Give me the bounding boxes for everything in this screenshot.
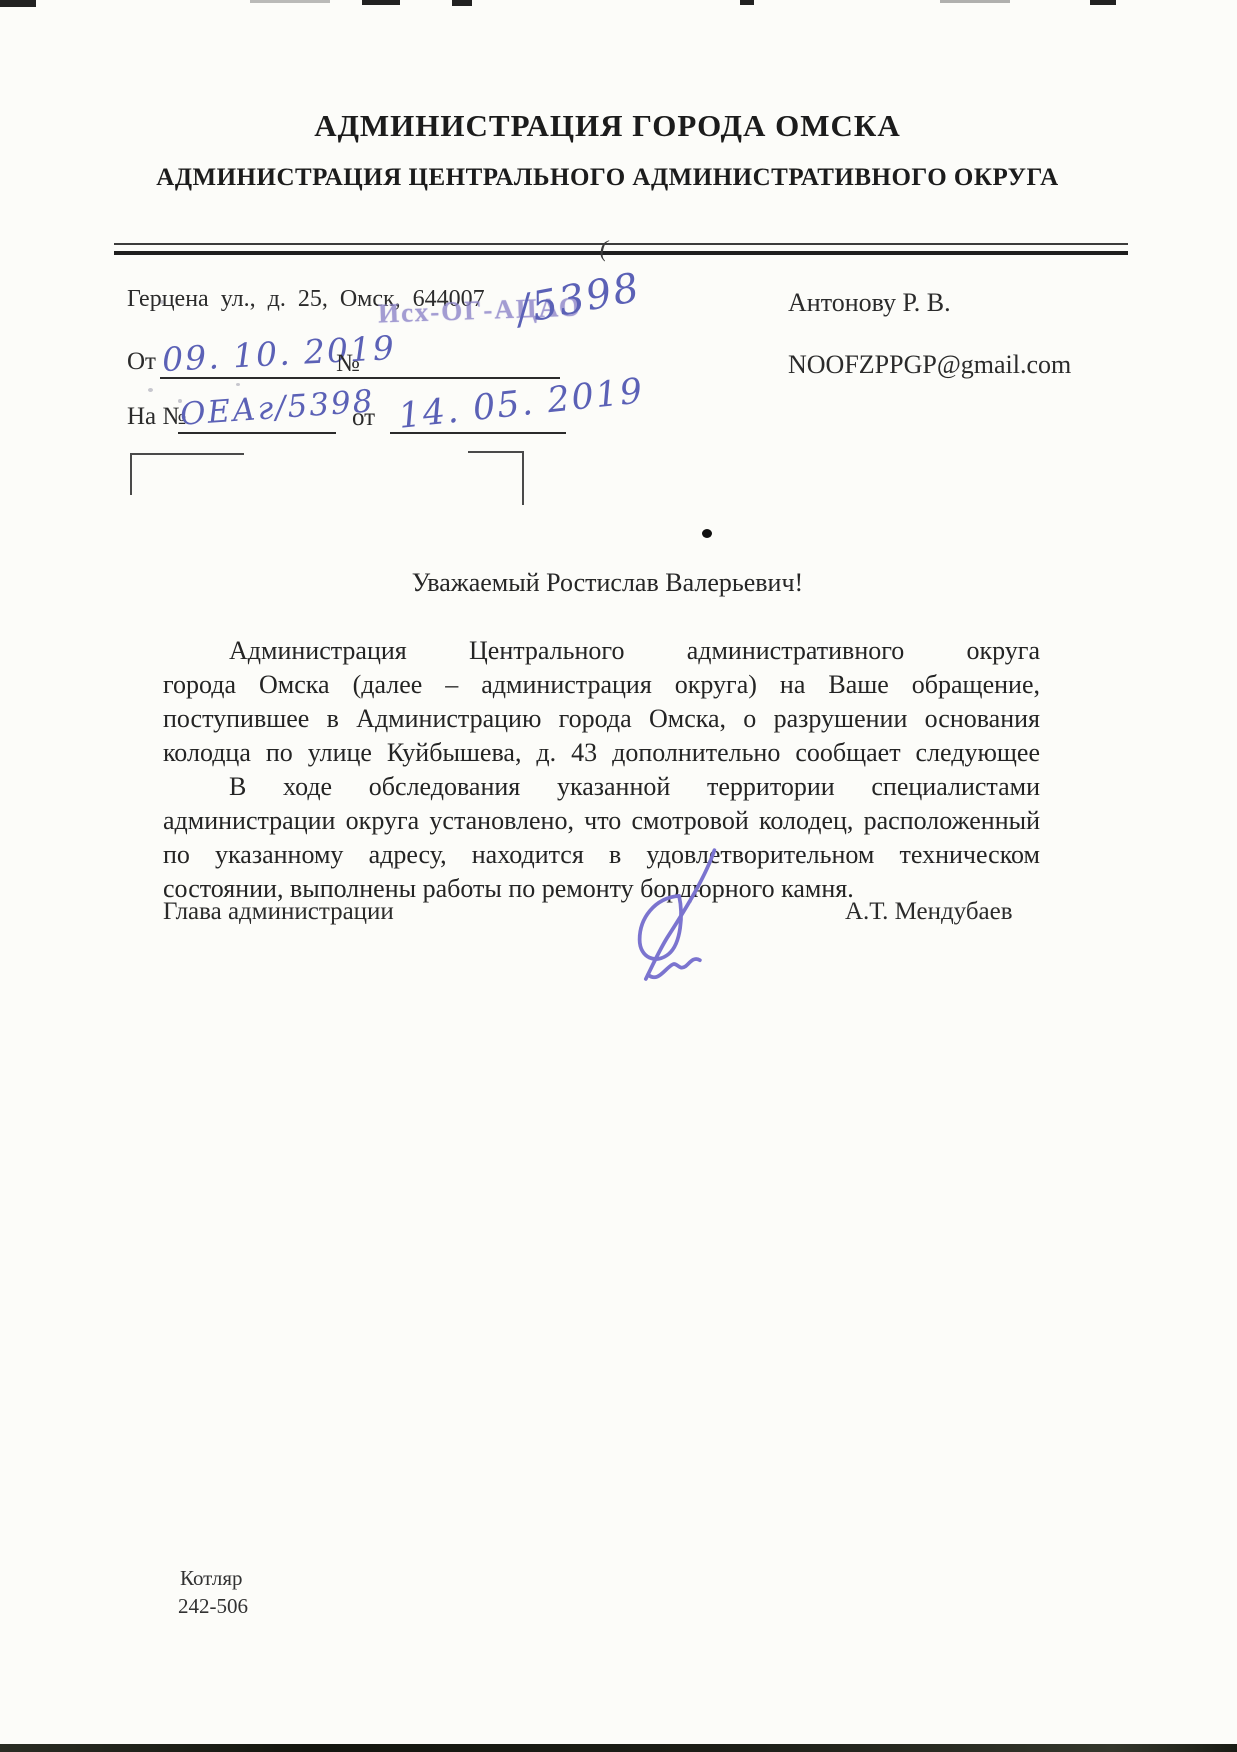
- reply-to-label: На №: [127, 403, 186, 431]
- reply-date-label: от: [352, 404, 375, 432]
- outgoing-number-handwritten: /5398: [513, 264, 645, 333]
- body-line: города Омска (далее – администрация окру…: [163, 668, 1040, 702]
- number-underline: [372, 377, 560, 379]
- executor-phone: 242-506: [178, 1594, 248, 1619]
- recipient-name: Антонову Р. В.: [788, 288, 951, 318]
- scan-artifact: [250, 0, 330, 3]
- body-line: по указанному адресу, находится в удовле…: [163, 838, 1040, 872]
- organization-subtitle: АДМИНИСТРАЦИЯ ЦЕНТРАЛЬНОГО АДМИНИСТРАТИВ…: [0, 164, 1215, 192]
- scan-artifact: [1090, 0, 1116, 5]
- handwritten-signature: [612, 846, 742, 981]
- body-line: поступившее в Администрацию города Омска…: [163, 702, 1040, 736]
- salutation: Уважаемый Ростислав Валерьевич!: [0, 568, 1215, 598]
- body-line: администрации округа установлено, что см…: [163, 804, 1040, 838]
- pencil-smudge: [160, 300, 164, 304]
- scan-artifact: [0, 0, 36, 7]
- ink-dot: [702, 529, 712, 538]
- scanned-letter-page: АДМИНИСТРАЦИЯ ГОРОДА ОМСКА АДМИНИСТРАЦИЯ…: [0, 0, 1237, 1752]
- letterhead-rule-thin: [114, 243, 1128, 245]
- scan-bottom-edge: [0, 1744, 1237, 1752]
- body-line: колодца по улице Куйбышева, д. 43 дополн…: [163, 736, 1040, 770]
- reply-date-handwritten: 14. 05. 2019: [397, 371, 646, 437]
- executor-name: Котляр: [180, 1566, 242, 1591]
- recipient-email: NOOFZPPGP@gmail.com: [788, 350, 1071, 380]
- body-line: Администрация Центрального административ…: [163, 634, 1040, 668]
- reply-number-underline: [178, 432, 336, 434]
- scan-artifact: [362, 0, 400, 5]
- pencil-smudge: [148, 388, 153, 392]
- scan-artifact: [740, 0, 754, 5]
- address-box-bracket-right: [468, 451, 524, 505]
- from-label: От: [127, 348, 156, 376]
- scan-artifact: [452, 0, 472, 6]
- scan-artifact: [940, 0, 1010, 3]
- reply-date-underline: [390, 432, 566, 434]
- signer-position-title: Глава администрации: [163, 898, 394, 926]
- address-box-bracket-left: [130, 453, 244, 495]
- pencil-smudge: [178, 399, 182, 403]
- organization-title: АДМИНИСТРАЦИЯ ГОРОДА ОМСКА: [0, 108, 1215, 144]
- body-line: В ходе обследования указанной территории…: [163, 770, 1040, 804]
- pencil-smudge: [236, 383, 240, 386]
- from-date-handwritten: 09. 10. 2019: [161, 328, 397, 379]
- stray-ink-mark: (: [597, 235, 610, 263]
- number-label: №: [336, 350, 360, 378]
- letter-body: Администрация Центрального административ…: [163, 634, 1040, 906]
- letterhead-rule-thick: [114, 251, 1128, 255]
- signer-name: А.Т. Мендубаев: [845, 898, 1013, 926]
- reply-number-handwritten: ОЕАг/5398: [179, 383, 376, 432]
